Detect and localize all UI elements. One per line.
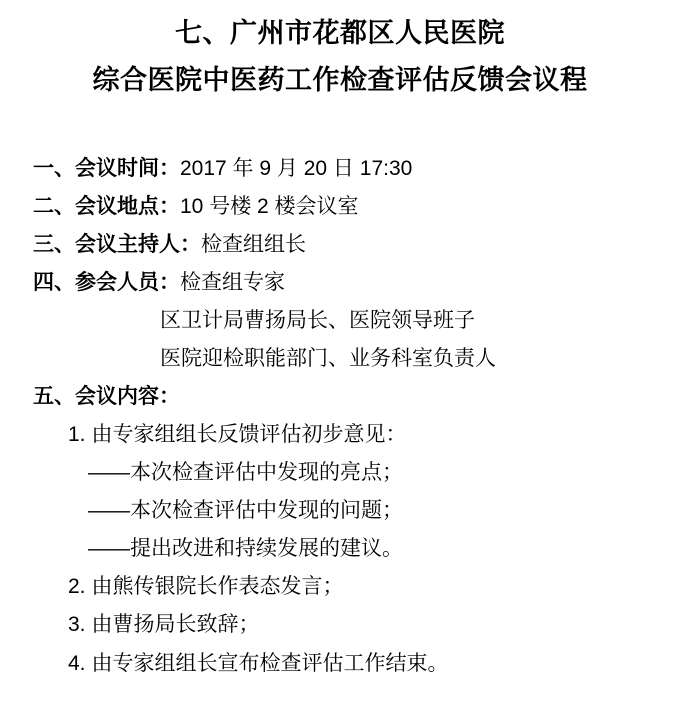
attendees-continuation-1: 区卫计局曹扬局长、医院领导班子 <box>0 302 680 340</box>
meeting-host-value: 检查组组长 <box>201 233 306 256</box>
agenda-item-3: 3.由曹扬局长致辞； <box>0 606 680 644</box>
agenda-item-2: 2.由熊传银院长作表态发言； <box>0 568 680 606</box>
agenda-item-1: 1.由专家组组长反馈评估初步意见： <box>0 416 680 454</box>
attendees-label: 四、参会人员： <box>33 271 180 294</box>
agenda-item-4-text: 由专家组组长 <box>92 652 218 675</box>
meeting-location-label: 二、会议地点： <box>33 195 180 218</box>
agenda-item-1-text: 由专家组组长反馈评估初步意见： <box>92 423 407 446</box>
agenda-item-3-text: 由曹扬局长致辞； <box>92 613 260 636</box>
meeting-time-line: 一、会议时间：2017 年 9 月 20 日 17:30 <box>0 150 680 188</box>
attendees-line: 四、参会人员：检查组专家 <box>0 264 680 302</box>
agenda-subitem-3: ——提出改进和持续发展的建议。 <box>0 530 680 568</box>
agenda-item-2-number: 2. <box>68 568 86 606</box>
title-line-2: 综合医院中医药工作检查评估反馈会议程 <box>0 57 680 104</box>
agenda-item-4-text-serif: 宣布检查评估工作结束。 <box>218 651 449 675</box>
agenda-item-4-number: 4. <box>68 645 86 683</box>
agenda-item-3-number: 3. <box>68 606 86 644</box>
meeting-host-line: 三、会议主持人：检查组组长 <box>0 226 680 264</box>
agenda-subitem-2: ——本次检查评估中发现的问题； <box>0 492 680 530</box>
meeting-time-value: 2017 年 9 月 20 日 17:30 <box>180 157 412 180</box>
document-page: 七、广州市花都区人民医院 综合医院中医药工作检查评估反馈会议程 一、会议时间：2… <box>0 0 680 716</box>
meeting-host-label: 三、会议主持人： <box>33 233 201 256</box>
document-title: 七、广州市花都区人民医院 综合医院中医药工作检查评估反馈会议程 <box>0 0 680 104</box>
agenda-item-2-text: 由熊传银院长作表态发言； <box>92 575 344 598</box>
meeting-location-value: 10 号楼 2 楼会议室 <box>180 195 359 218</box>
meeting-location-line: 二、会议地点：10 号楼 2 楼会议室 <box>0 188 680 226</box>
attendees-continuation-2: 医院迎检职能部门、业务科室负责人 <box>0 340 680 378</box>
document-body: 一、会议时间：2017 年 9 月 20 日 17:30 二、会议地点：10 号… <box>0 150 680 682</box>
title-line-1: 七、广州市花都区人民医院 <box>0 10 680 57</box>
attendees-value: 检查组专家 <box>180 271 285 294</box>
meeting-time-label: 一、会议时间： <box>33 157 180 180</box>
meeting-content-line: 五、会议内容： <box>0 378 680 416</box>
meeting-content-label: 五、会议内容： <box>33 385 180 408</box>
agenda-item-1-number: 1. <box>68 416 86 454</box>
agenda-item-4: 4.由专家组组长宣布检查评估工作结束。 <box>0 644 680 682</box>
agenda-subitem-1: ——本次检查评估中发现的亮点； <box>0 454 680 492</box>
